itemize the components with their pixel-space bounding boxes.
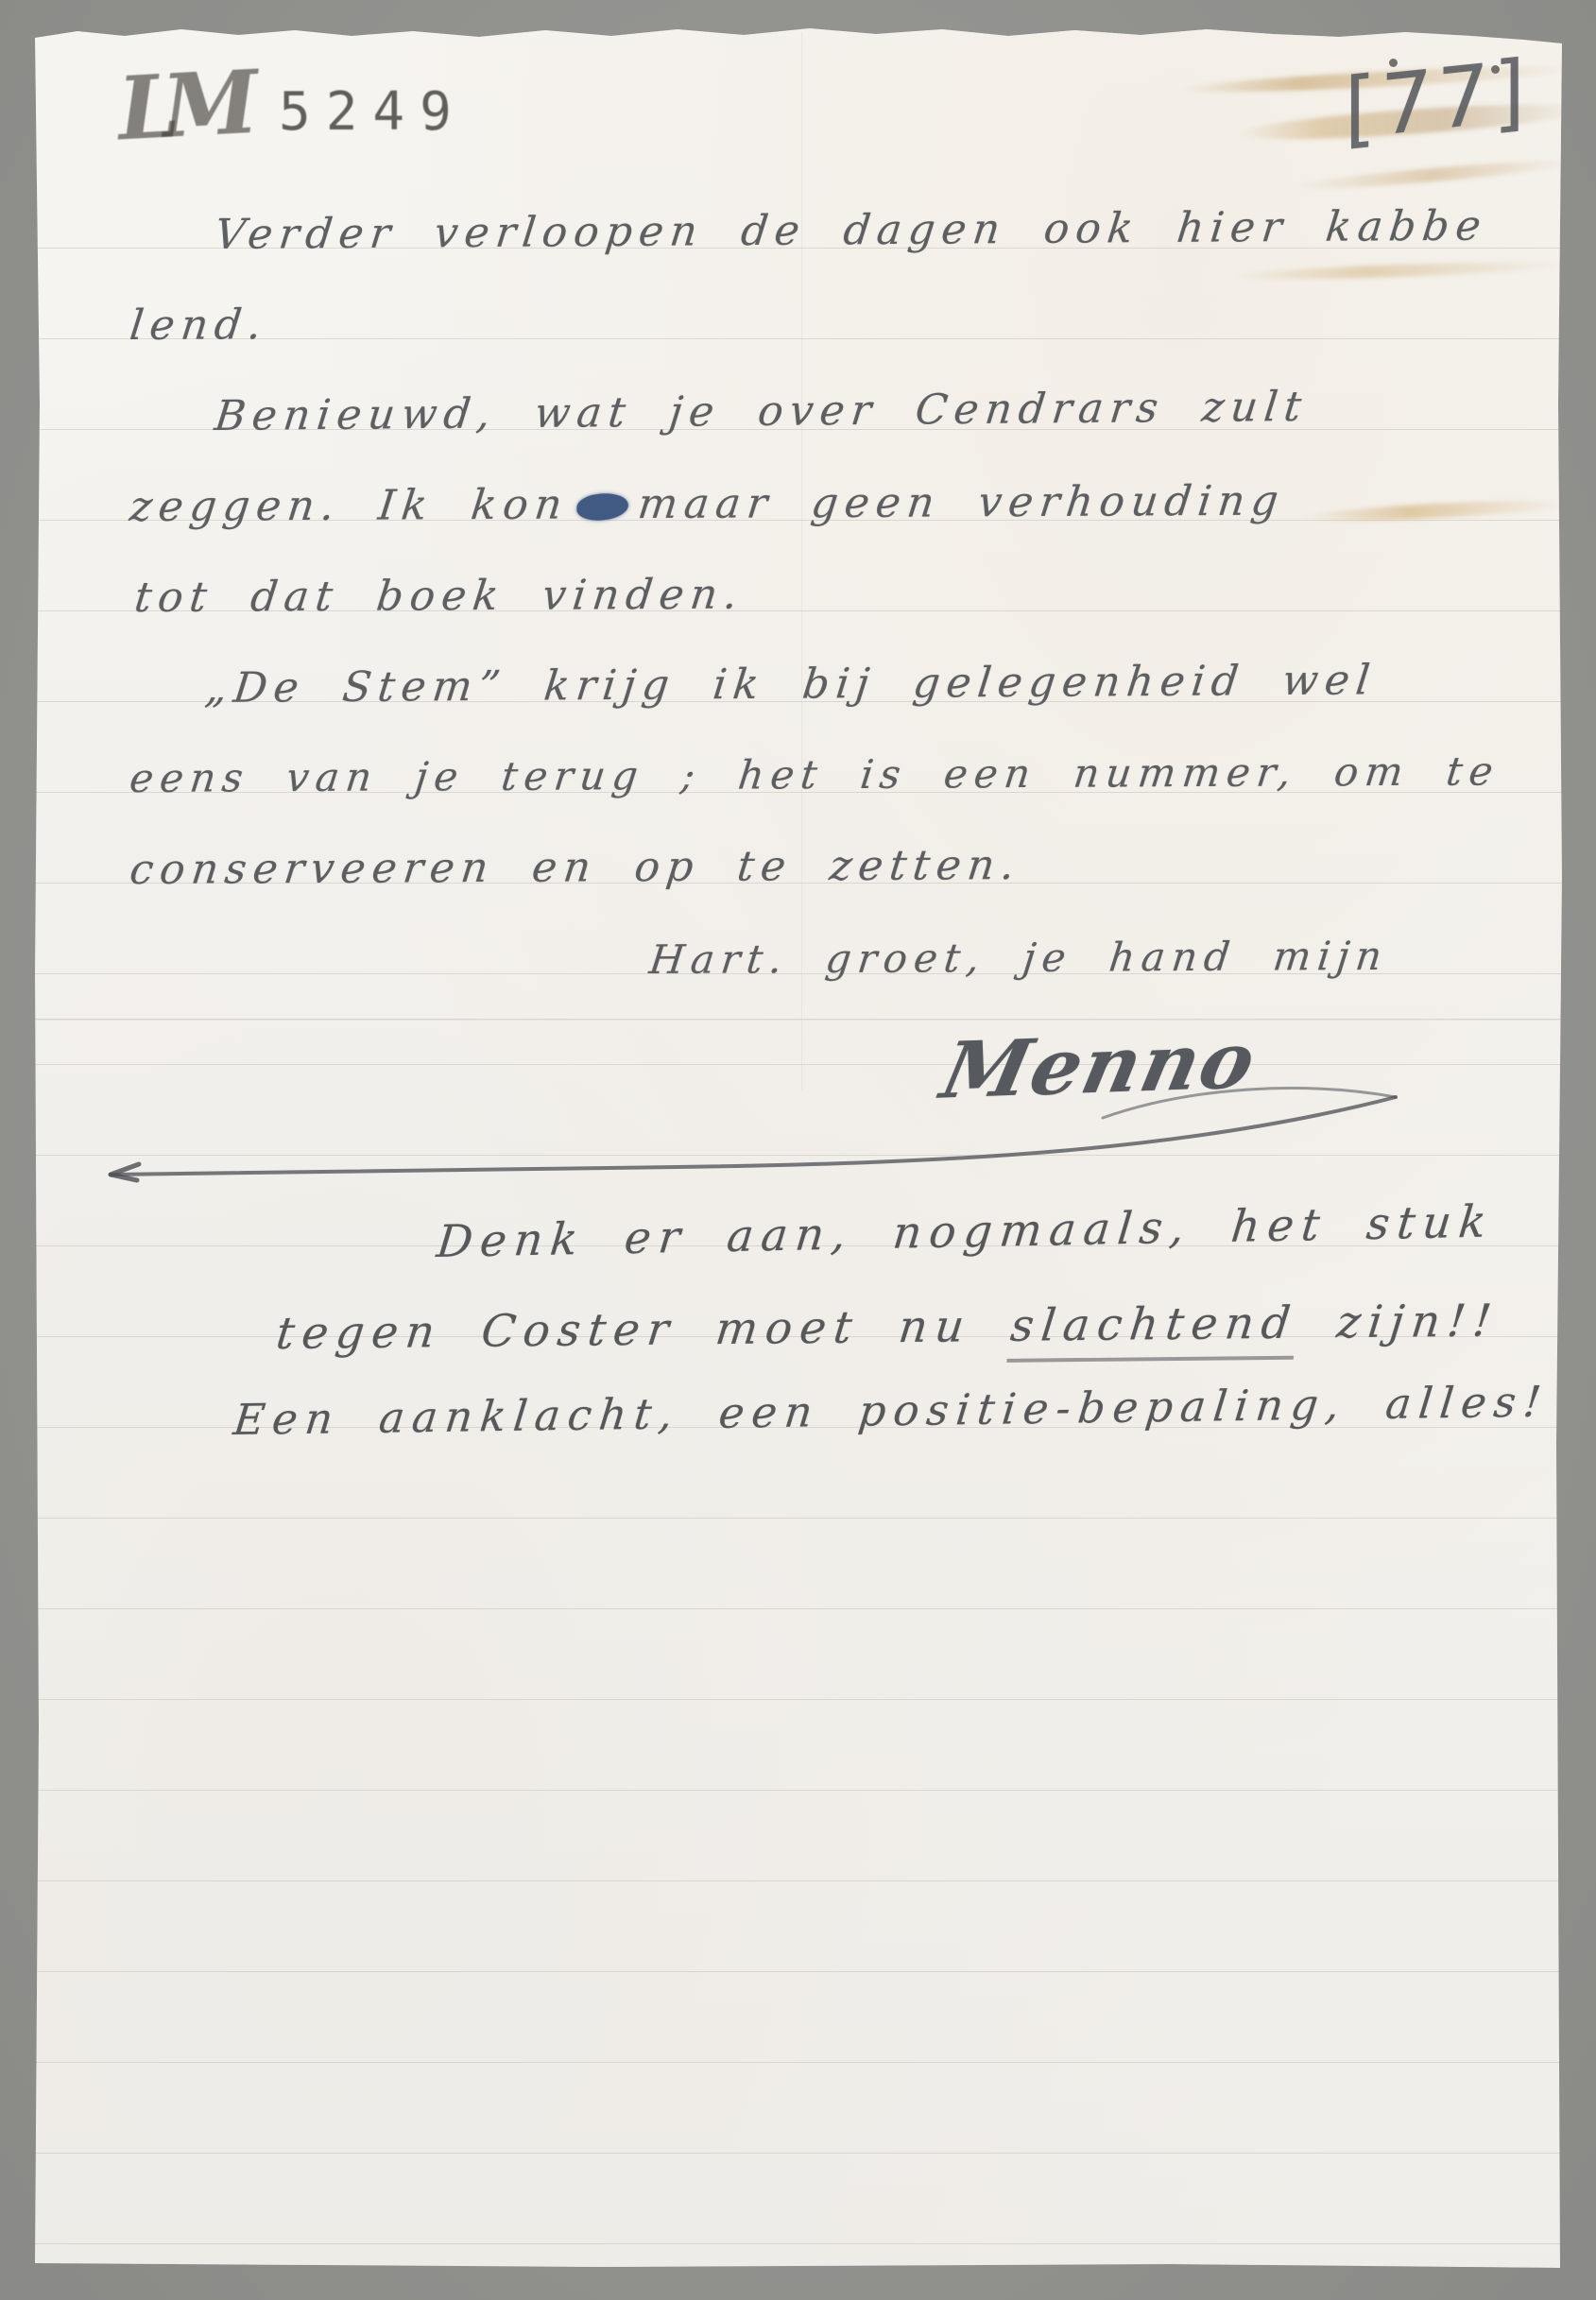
letter-line-text: zeggen. Ik kon bbox=[128, 481, 572, 531]
letter-line: Verder verloopen de dagen ook hier kabbe bbox=[213, 206, 1489, 256]
letter-line: eens van je terug ; het is een nummer, o… bbox=[128, 751, 1502, 798]
rust-stain bbox=[1301, 497, 1570, 525]
underlined-word: slachtend bbox=[1007, 1297, 1301, 1363]
postscript-text: zijn!! bbox=[1334, 1295, 1502, 1348]
rust-stain bbox=[1292, 156, 1575, 194]
letter-closing: Hart. groet, je hand mijn bbox=[647, 936, 1390, 980]
archive-stamp: LM 5249 bbox=[118, 47, 515, 170]
letter-line: tot dat boek vinden. bbox=[132, 575, 747, 619]
letter-line: zeggen. Ik konmaar geen verhouding bbox=[128, 481, 1287, 528]
letter-line: Benieuwd, wat je over Cendrars zult bbox=[213, 386, 1310, 438]
postscript-line: tegen Coster moet nu slachtend zijn!! bbox=[274, 1298, 1501, 1356]
archive-stamp-monogram-icon: LM bbox=[115, 52, 244, 161]
letter-line: conserveeren en op te zetten. bbox=[128, 845, 1023, 891]
letter-page: LM 5249 [77] Verder verloopen de dagen o… bbox=[35, 26, 1562, 2268]
postscript-text: tegen Coster moet nu bbox=[274, 1300, 974, 1360]
letter-line-text: maar geen verhouding bbox=[635, 477, 1287, 529]
horizontal-fold-crease bbox=[35, 1019, 1562, 1021]
vertical-fold-crease bbox=[801, 32, 803, 1090]
folio-number: [77] bbox=[1345, 41, 1530, 158]
ink-blot-strikeout bbox=[576, 491, 629, 522]
letter-line: lend. bbox=[128, 304, 270, 347]
postscript-line: Een aanklacht, een positie-bepaling, all… bbox=[232, 1381, 1551, 1441]
letter-line: „De Stem” krijg ik bij gelegenheid wel bbox=[203, 660, 1379, 710]
archive-stamp-number: 5249 bbox=[279, 81, 467, 143]
rust-stain bbox=[1228, 259, 1569, 283]
scanned-letter-screenshot: { "page": { "background_color": "#9a9a97… bbox=[0, 0, 1596, 2300]
postscript-line: Denk er aan, nogmaals, het stuk bbox=[435, 1200, 1496, 1264]
signature-flourish-icon bbox=[73, 1061, 1415, 1184]
